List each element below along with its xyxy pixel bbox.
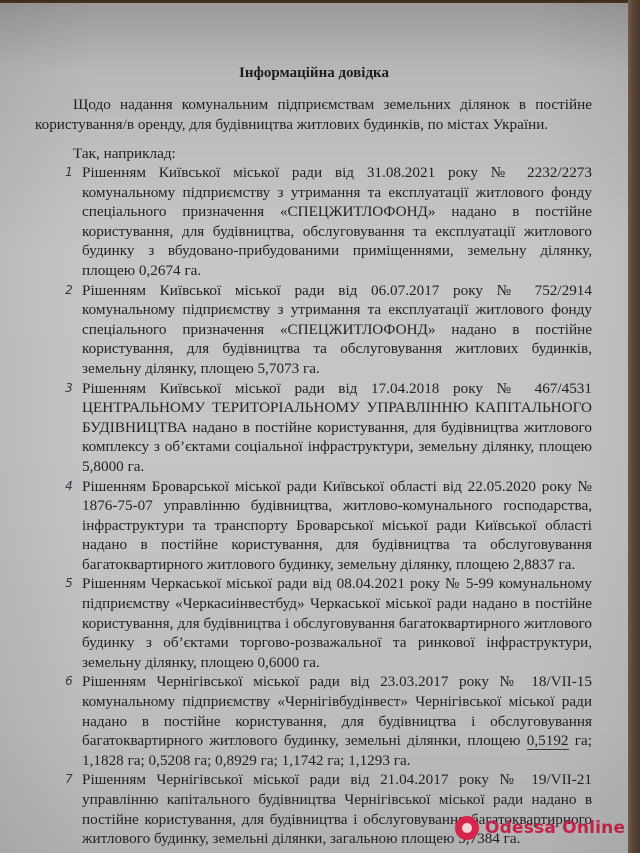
handwritten-number-marker: 4 (62, 477, 76, 495)
desk-surface-right (628, 0, 640, 853)
list-item: 6 Рішенням Чернігівської міської ради ві… (82, 672, 592, 770)
watermark-text: Odessa Online (485, 818, 625, 838)
list-item: 4 Рішенням Броварської міської ради Київ… (82, 477, 592, 575)
item-text: Рішенням Черкаської міської ради від 08.… (82, 575, 592, 670)
document-title: Інформаційна довідка (0, 65, 628, 82)
underlined-area-value: 0,5192 (527, 732, 569, 750)
decision-list: 1 Рішенням Київської міської ради від 31… (82, 163, 592, 849)
intro-paragraph: Щодо надання комунальним підприємствам з… (35, 95, 592, 134)
list-item: 5 Рішенням Черкаської міської ради від 0… (82, 574, 592, 672)
handwritten-number-marker: 1 (62, 163, 76, 181)
list-item: 2 Рішенням Київської міської ради від 06… (82, 281, 592, 379)
list-item: 3 Рішенням Київської міської ради від 17… (82, 379, 592, 477)
handwritten-number-marker: 7 (62, 770, 76, 788)
item-text: Рішенням Київської міської ради від 17.0… (82, 380, 592, 475)
item-text: Рішенням Броварської міської ради Київсь… (82, 478, 592, 573)
list-item: 1 Рішенням Київської міської ради від 31… (82, 163, 592, 281)
handwritten-number-marker: 6 (62, 672, 76, 690)
item-text: Рішенням Київської міської ради від 31.0… (82, 164, 592, 279)
item-text: Рішенням Київської міської ради від 06.0… (82, 282, 592, 377)
handwritten-number-marker: 3 (62, 379, 76, 397)
watermark: Odessa Online (455, 816, 625, 840)
handwritten-number-marker: 2 (62, 281, 76, 299)
lead-line: Так, наприклад: (73, 144, 176, 164)
odessa-online-logo-icon (455, 816, 479, 840)
item-text-before: Рішенням Чернігівської міської ради від … (82, 673, 592, 749)
handwritten-number-marker: 5 (62, 574, 76, 592)
paper-sheet: Інформаційна довідка Щодо надання комуна… (0, 3, 628, 853)
